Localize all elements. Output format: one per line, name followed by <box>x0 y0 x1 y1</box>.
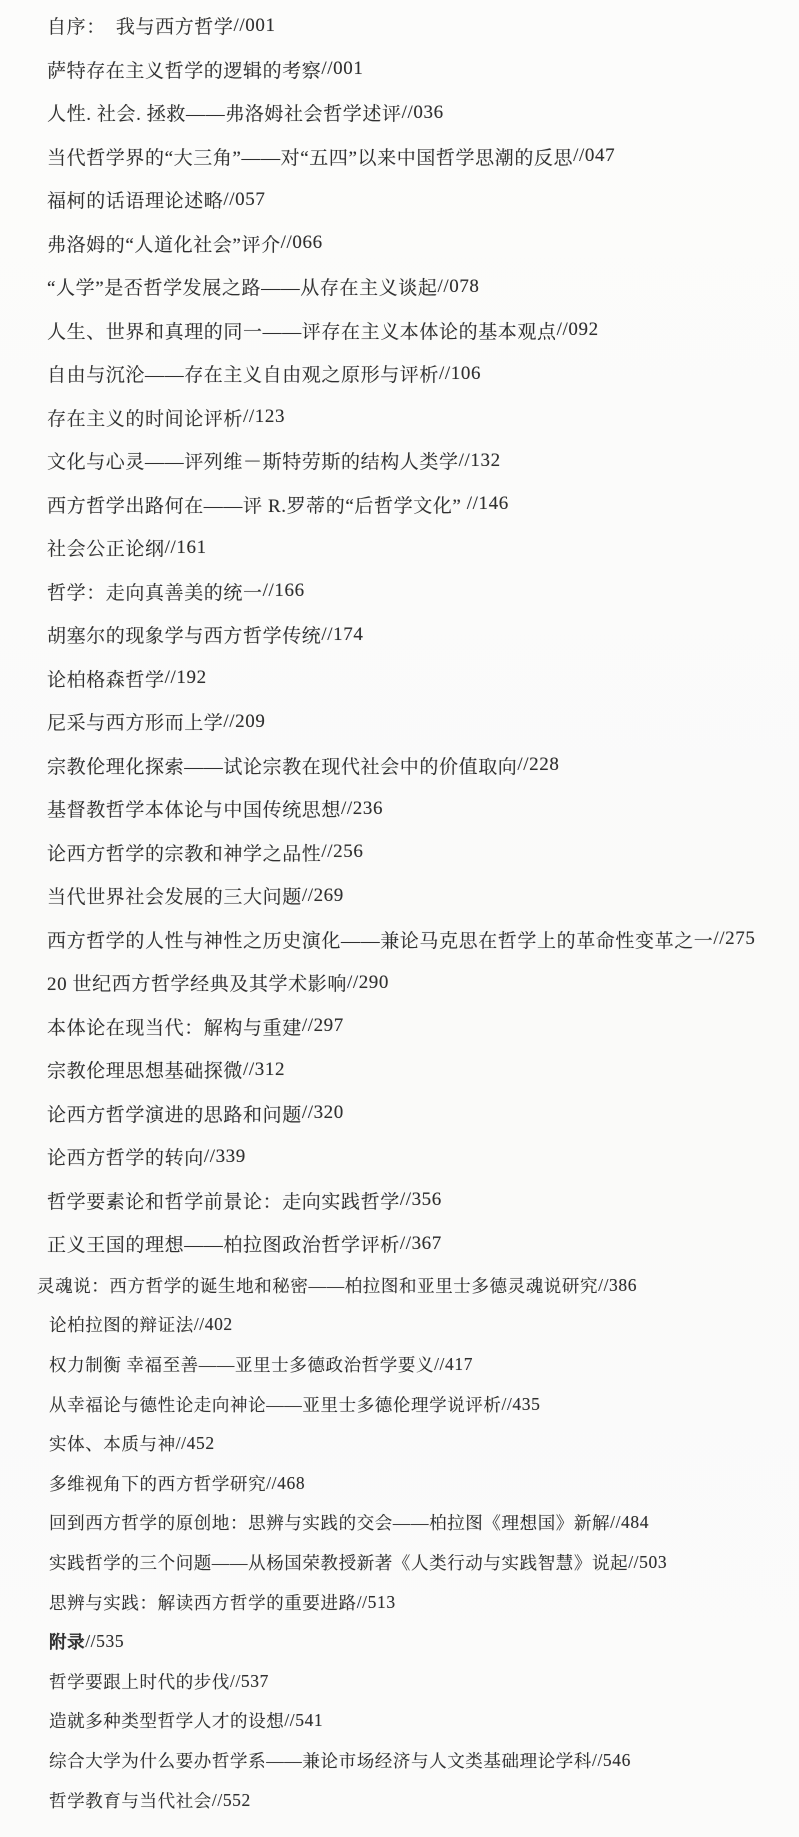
toc-entry-page: //541 <box>284 1710 323 1731</box>
toc-entry-page: //192 <box>165 667 207 689</box>
toc-entry: 福柯的话语理论述略//057 <box>0 178 799 222</box>
toc-entry-title: 实践哲学的三个问题——从杨国荣教授新著《人类行动与实践智慧》说起 <box>49 1550 628 1575</box>
toc-entry: 人生、世界和真理的同一——评存在主义本体论的基本观点//092 <box>0 309 799 353</box>
toc-entry-title: 人生、世界和真理的同一——评存在主义本体论的基本观点 <box>47 317 557 344</box>
toc-entry-title: 回到西方哲学的原创地：思辨与实践的交会——柏拉图《理想国》新解 <box>49 1510 610 1535</box>
toc-entry-title: 论柏拉图的辩证法 <box>49 1312 194 1337</box>
toc-entry: 西方哲学出路何在——评 R.罗蒂的“后哲学文化” //146 <box>0 483 799 527</box>
toc-entry: 哲学：走向真善美的统一//166 <box>0 570 799 614</box>
toc-entry-page: //452 <box>176 1433 215 1454</box>
toc-entry-title: 权力制衡 幸福至善——亚里士多德政治哲学要义 <box>49 1352 434 1377</box>
toc-entry-title: 宗教伦理思想基础探微 <box>47 1056 243 1083</box>
toc-entry: 文化与心灵——评列维－斯特劳斯的结构人类学//132 <box>0 439 799 483</box>
toc-entry: “人学”是否哲学发展之路——从存在主义谈起//078 <box>0 265 799 309</box>
toc-entry-title: 哲学教育与当代社会 <box>49 1788 212 1813</box>
toc-entry: 20 世纪西方哲学经典及其学术影响//290 <box>0 961 799 1005</box>
toc-entry-page: //209 <box>223 711 265 733</box>
toc-entry: 综合大学为什么要办哲学系——兼论市场经济与人文类基础理论学科//546 <box>0 1741 799 1781</box>
toc-entry-title: 从幸福论与德性论走向神论——亚里士多德伦理学说评析 <box>49 1392 502 1417</box>
toc-entry-page: //146 <box>467 493 509 515</box>
toc-entry: 灵魂说：西方哲学的诞生地和秘密——柏拉图和亚里士多德灵魂说研究//386 <box>0 1266 799 1306</box>
toc-entry-title: 西方哲学的人性与神性之历史演化——兼论马克思在哲学上的革命性变革之一 <box>47 926 713 953</box>
toc-entry-title: 本体论在现当代：解构与重建 <box>47 1013 302 1040</box>
toc-entry-page: //036 <box>402 102 444 124</box>
toc-entry-page: //001 <box>321 58 363 80</box>
toc-entry-title: 存在主义的时间论评析 <box>47 404 243 431</box>
toc-entry-page: //435 <box>502 1394 541 1415</box>
toc-entry-title: 多维视角下的西方哲学研究 <box>49 1471 266 1496</box>
toc-entry-page: //367 <box>400 1233 442 1255</box>
toc-entry-page: //484 <box>610 1512 649 1533</box>
toc-entry: 自由与沉沦——存在主义自由观之原形与评析//106 <box>0 352 799 396</box>
toc-entry-title: 人性. 社会. 拯救——弗洛姆社会哲学述评 <box>47 99 402 126</box>
toc-entry: 萨特存在主义哲学的逻辑的考察//001 <box>0 48 799 92</box>
toc-entry: 多维视角下的西方哲学研究//468 <box>0 1463 799 1503</box>
toc-entry: 实践哲学的三个问题——从杨国荣教授新著《人类行动与实践智慧》说起//503 <box>0 1543 799 1583</box>
toc-entry: 存在主义的时间论评析//123 <box>0 396 799 440</box>
toc-entry: 哲学要跟上时代的步伐//537 <box>0 1661 799 1701</box>
toc-entry-page: //535 <box>85 1631 124 1652</box>
toc-entry: 本体论在现当代：解构与重建//297 <box>0 1005 799 1049</box>
toc-entry-page: //236 <box>341 798 383 820</box>
toc-entry: 西方哲学的人性与神性之历史演化——兼论马克思在哲学上的革命性变革之一//275 <box>0 918 799 962</box>
toc-entry: 社会公正论纲//161 <box>0 526 799 570</box>
toc-entry: 基督教哲学本体论与中国传统思想//236 <box>0 787 799 831</box>
toc-entry-page: //468 <box>266 1473 305 1494</box>
toc-entry: 尼采与西方形而上学//209 <box>0 700 799 744</box>
toc-entry-page: //047 <box>573 145 615 167</box>
toc-entry: 论柏拉图的辩证法//402 <box>0 1305 799 1345</box>
toc-entry: 哲学教育与当代社会//552 <box>0 1780 799 1820</box>
toc-entry-title: 弗洛姆的“人道化社会”评介 <box>47 230 281 257</box>
toc-entry-page: //174 <box>321 624 363 646</box>
toc-entry-page: //269 <box>302 885 344 907</box>
toc-entry: 当代哲学界的“大三角”——对“五四”以来中国哲学思潮的反思//047 <box>0 135 799 179</box>
toc-entry-title: 综合大学为什么要办哲学系——兼论市场经济与人文类基础理论学科 <box>49 1748 592 1773</box>
toc-entry-title: 20 世纪西方哲学经典及其学术影响 <box>47 969 347 996</box>
toc-entry-title: 哲学要跟上时代的步伐 <box>49 1669 230 1694</box>
toc-entry-title: 尼采与西方形而上学 <box>47 708 223 735</box>
toc-entry-page: //166 <box>263 580 305 602</box>
toc-entry-page: //001 <box>234 15 276 37</box>
toc-entry-page: //132 <box>459 450 501 472</box>
toc-entry: 哲学要素论和哲学前景论：走向实践哲学//356 <box>0 1179 799 1223</box>
toc-entry-title: 当代哲学界的“大三角”——对“五四”以来中国哲学思潮的反思 <box>47 143 573 170</box>
toc-page: 自序： 我与西方哲学//001萨特存在主义哲学的逻辑的考察//001人性. 社会… <box>0 0 799 1837</box>
toc-entry: 造就多种类型哲学人才的设想//541 <box>0 1701 799 1741</box>
toc-entry-page: //092 <box>557 319 599 341</box>
toc-entry-title: 社会公正论纲 <box>47 534 165 561</box>
toc-entry: 论柏格森哲学//192 <box>0 657 799 701</box>
toc-entry: 从幸福论与德性论走向神论——亚里士多德伦理学说评析//435 <box>0 1384 799 1424</box>
toc-entry-title: 萨特存在主义哲学的逻辑的考察 <box>47 56 321 83</box>
toc-entry-page: //552 <box>212 1790 251 1811</box>
toc-entry-title: 宗教伦理化探索——试论宗教在现代社会中的价值取向 <box>47 752 517 779</box>
toc-entry-page: //161 <box>165 537 207 559</box>
toc-entry-page: //066 <box>281 232 323 254</box>
toc-entry: 论西方哲学的宗教和神学之品性//256 <box>0 831 799 875</box>
toc-list: 自序： 我与西方哲学//001萨特存在主义哲学的逻辑的考察//001人性. 社会… <box>0 0 799 1820</box>
toc-entry: 论西方哲学的转向//339 <box>0 1135 799 1179</box>
toc-entry: 胡塞尔的现象学与西方哲学传统//174 <box>0 613 799 657</box>
toc-entry-title: 实体、本质与神 <box>49 1431 176 1456</box>
toc-entry: 宗教伦理思想基础探微//312 <box>0 1048 799 1092</box>
toc-entry-page: //513 <box>357 1592 396 1613</box>
toc-entry-title: 论西方哲学的宗教和神学之品性 <box>47 839 321 866</box>
toc-entry-page: //339 <box>204 1146 246 1168</box>
toc-entry-title: 基督教哲学本体论与中国传统思想 <box>47 795 341 822</box>
toc-entry-title: 论西方哲学演进的思路和问题 <box>47 1100 302 1127</box>
toc-entry-page: //402 <box>194 1314 233 1335</box>
toc-entry: 正义王国的理想——柏拉图政治哲学评析//367 <box>0 1222 799 1266</box>
toc-entry-page: //078 <box>437 276 479 298</box>
toc-entry-page: //417 <box>434 1354 473 1375</box>
toc-entry-page: //297 <box>302 1015 344 1037</box>
toc-entry-title: 思辨与实践：解读西方哲学的重要进路 <box>49 1590 357 1615</box>
toc-entry-title: “人学”是否哲学发展之路——从存在主义谈起 <box>47 273 437 300</box>
toc-entry-title: 哲学要素论和哲学前景论：走向实践哲学 <box>47 1187 400 1214</box>
toc-entry-title: 正义王国的理想——柏拉图政治哲学评析 <box>47 1230 400 1257</box>
toc-entry-page: //386 <box>598 1275 637 1296</box>
toc-entry-page: //106 <box>439 363 481 385</box>
toc-entry: 思辨与实践：解读西方哲学的重要进路//513 <box>0 1582 799 1622</box>
toc-entry: 自序： 我与西方哲学//001 <box>0 4 799 48</box>
toc-entry-page: //228 <box>517 754 559 776</box>
toc-entry: 实体、本质与神//452 <box>0 1424 799 1464</box>
toc-entry-page: //256 <box>321 841 363 863</box>
toc-entry-title: 当代世界社会发展的三大问题 <box>47 882 302 909</box>
toc-entry: 附录//535 <box>0 1622 799 1662</box>
toc-entry-page: //275 <box>713 928 755 950</box>
toc-entry-title: 自序： 我与西方哲学 <box>47 12 234 39</box>
toc-entry: 弗洛姆的“人道化社会”评介//066 <box>0 222 799 266</box>
toc-entry-page: //312 <box>243 1059 285 1081</box>
toc-entry-title: 论柏格森哲学 <box>47 665 165 692</box>
toc-entry-page: //290 <box>347 972 389 994</box>
toc-entry-page: //537 <box>230 1671 269 1692</box>
toc-entry: 论西方哲学演进的思路和问题//320 <box>0 1092 799 1136</box>
toc-entry-title: 灵魂说：西方哲学的诞生地和秘密——柏拉图和亚里士多德灵魂说研究 <box>37 1273 598 1298</box>
toc-entry-title: 造就多种类型哲学人才的设想 <box>49 1708 284 1733</box>
toc-entry-title: 论西方哲学的转向 <box>47 1143 204 1170</box>
toc-entry-title: 胡塞尔的现象学与西方哲学传统 <box>47 621 321 648</box>
toc-entry-page: //123 <box>243 406 285 428</box>
toc-entry: 权力制衡 幸福至善——亚里士多德政治哲学要义//417 <box>0 1345 799 1385</box>
toc-entry-page: //057 <box>223 189 265 211</box>
toc-entry: 宗教伦理化探索——试论宗教在现代社会中的价值取向//228 <box>0 744 799 788</box>
toc-entry-page: //503 <box>628 1552 667 1573</box>
toc-entry-page: //320 <box>302 1102 344 1124</box>
toc-entry-title: 文化与心灵——评列维－斯特劳斯的结构人类学 <box>47 447 459 474</box>
toc-entry: 回到西方哲学的原创地：思辨与实践的交会——柏拉图《理想国》新解//484 <box>0 1503 799 1543</box>
toc-entry-title: 哲学：走向真善美的统一 <box>47 578 263 605</box>
toc-entry-page: //546 <box>592 1750 631 1771</box>
toc-entry-page: //356 <box>400 1189 442 1211</box>
toc-entry: 当代世界社会发展的三大问题//269 <box>0 874 799 918</box>
toc-entry-title: 自由与沉沦——存在主义自由观之原形与评析 <box>47 360 439 387</box>
toc-entry-title: 附录 <box>49 1629 85 1654</box>
toc-entry-title: 福柯的话语理论述略 <box>47 186 223 213</box>
toc-entry-title: 西方哲学出路何在——评 R.罗蒂的“后哲学文化” <box>47 491 467 518</box>
toc-entry: 人性. 社会. 拯救——弗洛姆社会哲学述评//036 <box>0 91 799 135</box>
